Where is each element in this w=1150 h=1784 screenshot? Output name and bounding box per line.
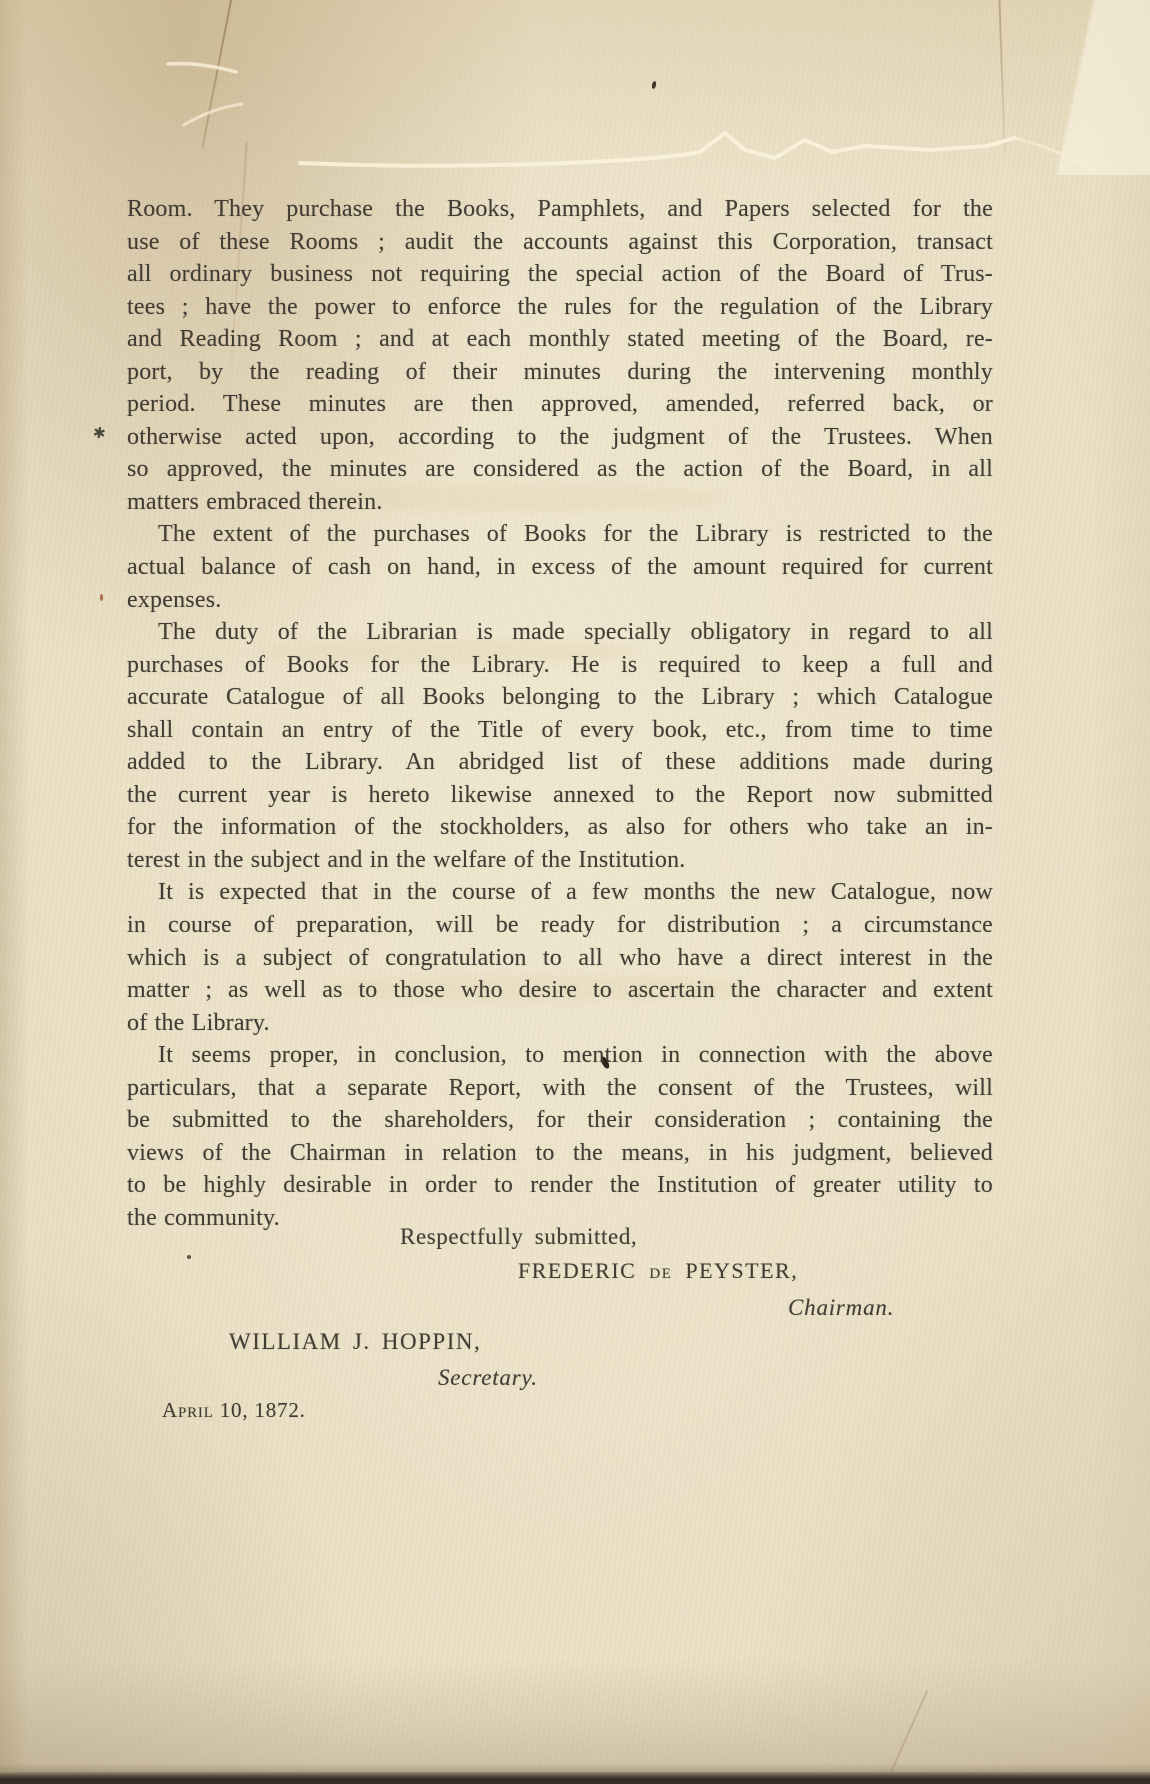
margin-asterisk-mark: ✱ xyxy=(92,423,107,444)
text-line: port, by the reading of their minutes du… xyxy=(127,356,993,389)
text-line: so approved, the minutes are considered … xyxy=(127,453,993,486)
text-line: and Reading Room ; and at each monthly s… xyxy=(127,323,993,356)
text-line: matters embraced therein. xyxy=(127,486,993,519)
text-line: of the Library. xyxy=(127,1007,993,1040)
paragraph: The duty of the Librarian is made specia… xyxy=(127,616,993,876)
date-month-smallcaps: pril xyxy=(178,1398,214,1422)
paragraph: It seems proper, in conclusion, to menti… xyxy=(127,1039,993,1234)
text-line: actual balance of cash on hand, in exces… xyxy=(127,551,993,584)
crease-mark xyxy=(998,0,1005,152)
closing-respectfully-submitted: Respectfully submitted, xyxy=(400,1224,637,1250)
chairman-name-particle: de xyxy=(649,1258,672,1283)
text-line: in course of preparation, will be ready … xyxy=(127,909,993,942)
text-line: which is a subject of congratulation to … xyxy=(127,942,993,975)
date-rest: 10, 1872. xyxy=(214,1398,306,1422)
text-line: to be highly desirable in order to rende… xyxy=(127,1169,993,1202)
chairman-name-first: FREDERIC xyxy=(518,1258,649,1283)
text-line: expenses. xyxy=(127,584,993,617)
text-line: the current year is hereto likewise anne… xyxy=(127,779,993,812)
crease-mark xyxy=(201,0,233,149)
page-body-text: Room. They purchase the Books, Pamphlets… xyxy=(127,193,993,1235)
text-line: It seems proper, in conclusion, to menti… xyxy=(127,1039,993,1072)
text-line: views of the Chairman in relation to the… xyxy=(127,1137,993,1170)
paper-corner-highlight xyxy=(980,0,1150,175)
paragraph: It is expected that in the course of a f… xyxy=(127,876,993,1039)
text-line: for the information of the stockholders,… xyxy=(127,811,993,844)
text-line: The duty of the Librarian is made specia… xyxy=(127,616,993,649)
text-line: period. These minutes are then approved,… xyxy=(127,388,993,421)
scanned-book-page: ✱ Room. They purchase the Books, Pamphle… xyxy=(0,0,1150,1784)
text-line: be submitted to the shareholders, for th… xyxy=(127,1104,993,1137)
secretary-title: Secretary. xyxy=(438,1365,538,1391)
text-line: The extent of the purchases of Books for… xyxy=(127,518,993,551)
text-line: matter ; as well as to those who desire … xyxy=(127,974,993,1007)
date-initial: A xyxy=(162,1398,178,1422)
scan-bottom-edge xyxy=(0,1772,1150,1784)
text-line: terest in the subject and in the welfare… xyxy=(127,844,993,877)
text-line: shall contain an entry of the Title of e… xyxy=(127,714,993,747)
report-date: April 10, 1872. xyxy=(162,1398,306,1423)
text-line: tees ; have the power to enforce the rul… xyxy=(127,291,993,324)
chairman-title: Chairman. xyxy=(788,1295,894,1321)
text-line: accurate Catalogue of all Books belongin… xyxy=(127,681,993,714)
text-line: use of these Rooms ; audit the accounts … xyxy=(127,226,993,259)
text-line: purchases of Books for the Library. He i… xyxy=(127,649,993,682)
chairman-name: FREDERIC de PEYSTER, xyxy=(518,1258,798,1284)
paper-fold-highlight xyxy=(0,0,1150,220)
ink-speck xyxy=(651,81,657,90)
text-line: It is expected that in the course of a f… xyxy=(127,876,993,909)
text-line: added to the Library. An abridged list o… xyxy=(127,746,993,779)
paper-speck xyxy=(187,1255,191,1259)
chairman-name-last: PEYSTER, xyxy=(672,1258,798,1283)
text-line: otherwise acted upon, according to the j… xyxy=(127,421,993,454)
paragraph: Room. They purchase the Books, Pamphlets… xyxy=(127,193,993,518)
paragraph: The extent of the purchases of Books for… xyxy=(127,518,993,616)
text-line: Room. They purchase the Books, Pamphlets… xyxy=(127,193,993,226)
text-line: particulars, that a separate Report, wit… xyxy=(127,1072,993,1105)
secretary-name: WILLIAM J. HOPPIN, xyxy=(229,1329,481,1355)
text-line: all ordinary business not requiring the … xyxy=(127,258,993,291)
paper-speck xyxy=(100,594,103,601)
